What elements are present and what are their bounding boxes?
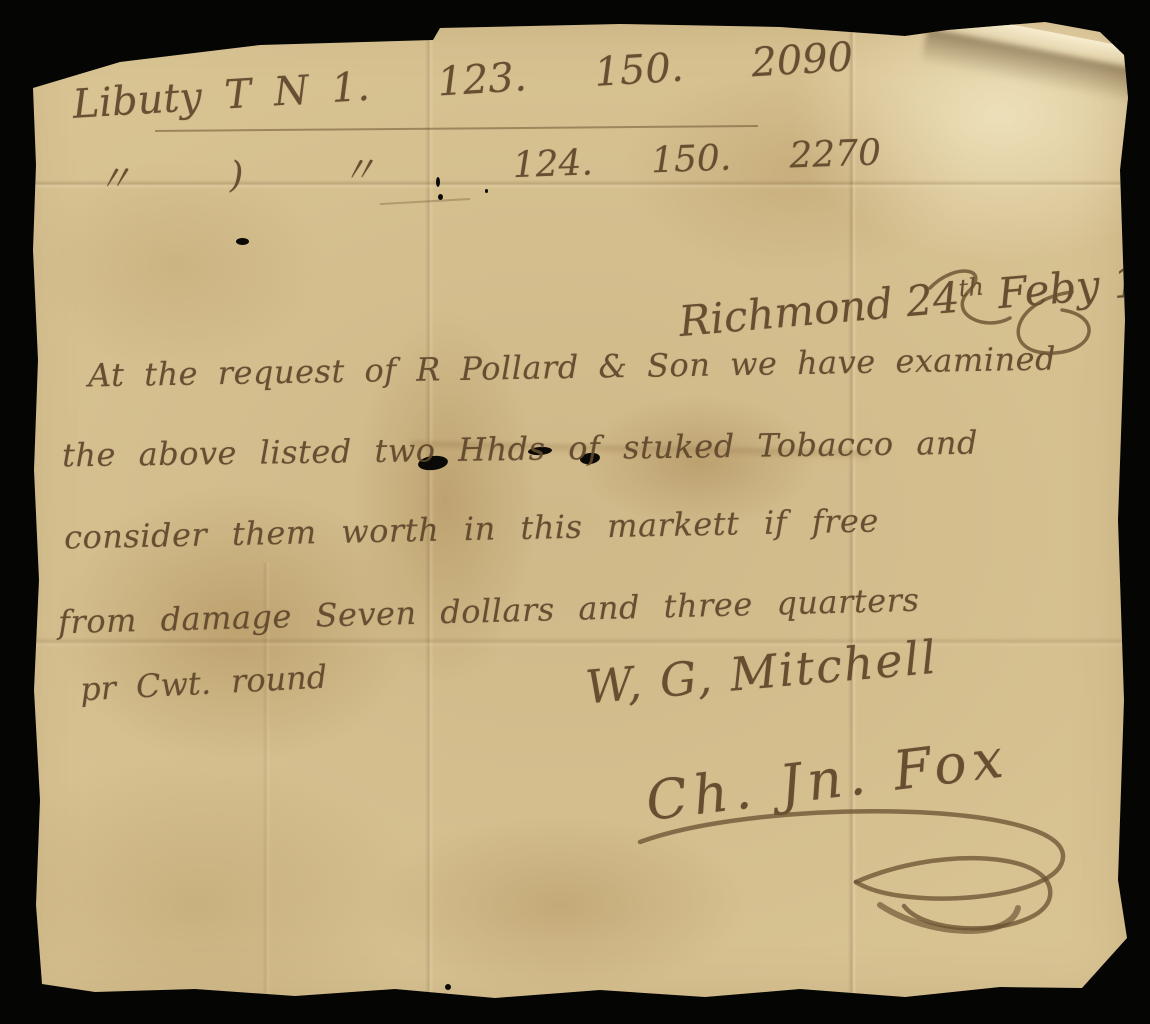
body-line-5: pr Cwt. round <box>79 658 328 709</box>
header-underline <box>155 126 758 131</box>
ledger-row-1: Libuty T N 1. 123. 150. 2090 <box>71 34 854 128</box>
ledger-row-2: 〃 ) 〃 124. 150. 2270 <box>95 124 881 202</box>
letter-paper: Libuty T N 1. 123. 150. 2090 〃 ) 〃 124. … <box>0 0 1150 1024</box>
scanner-bed: Libuty T N 1. 123. 150. 2090 〃 ) 〃 124. … <box>0 0 1150 1024</box>
body-line-3: consider them worth in this markett if f… <box>64 501 879 556</box>
header-underline-short <box>380 199 470 204</box>
dateline-place-day: Richmond 24 <box>677 273 962 346</box>
body-line-1: At the request of R Pollard & Son we hav… <box>88 340 1057 395</box>
paper-speck <box>445 984 451 990</box>
horizontal-fold-crease-middle <box>0 638 1150 647</box>
ink-blot <box>236 238 249 245</box>
signature-fox: Ch. Jn. Fox <box>643 726 1013 833</box>
body-line-4: from damage Seven dollars and three quar… <box>58 581 920 642</box>
paper-speck <box>485 189 488 193</box>
signature-swirl-inner <box>856 858 1050 928</box>
dateline-day-suffix: th <box>957 273 984 303</box>
body-line-2: the above listed two Hhds of stuked Toba… <box>62 424 978 475</box>
dateline-month-year: Feby 1821 <box>982 250 1150 319</box>
paper-speck <box>438 194 443 200</box>
signature-mitchell: W, G, Mitchell <box>583 630 940 715</box>
signature-swirl-tail <box>880 905 1018 931</box>
